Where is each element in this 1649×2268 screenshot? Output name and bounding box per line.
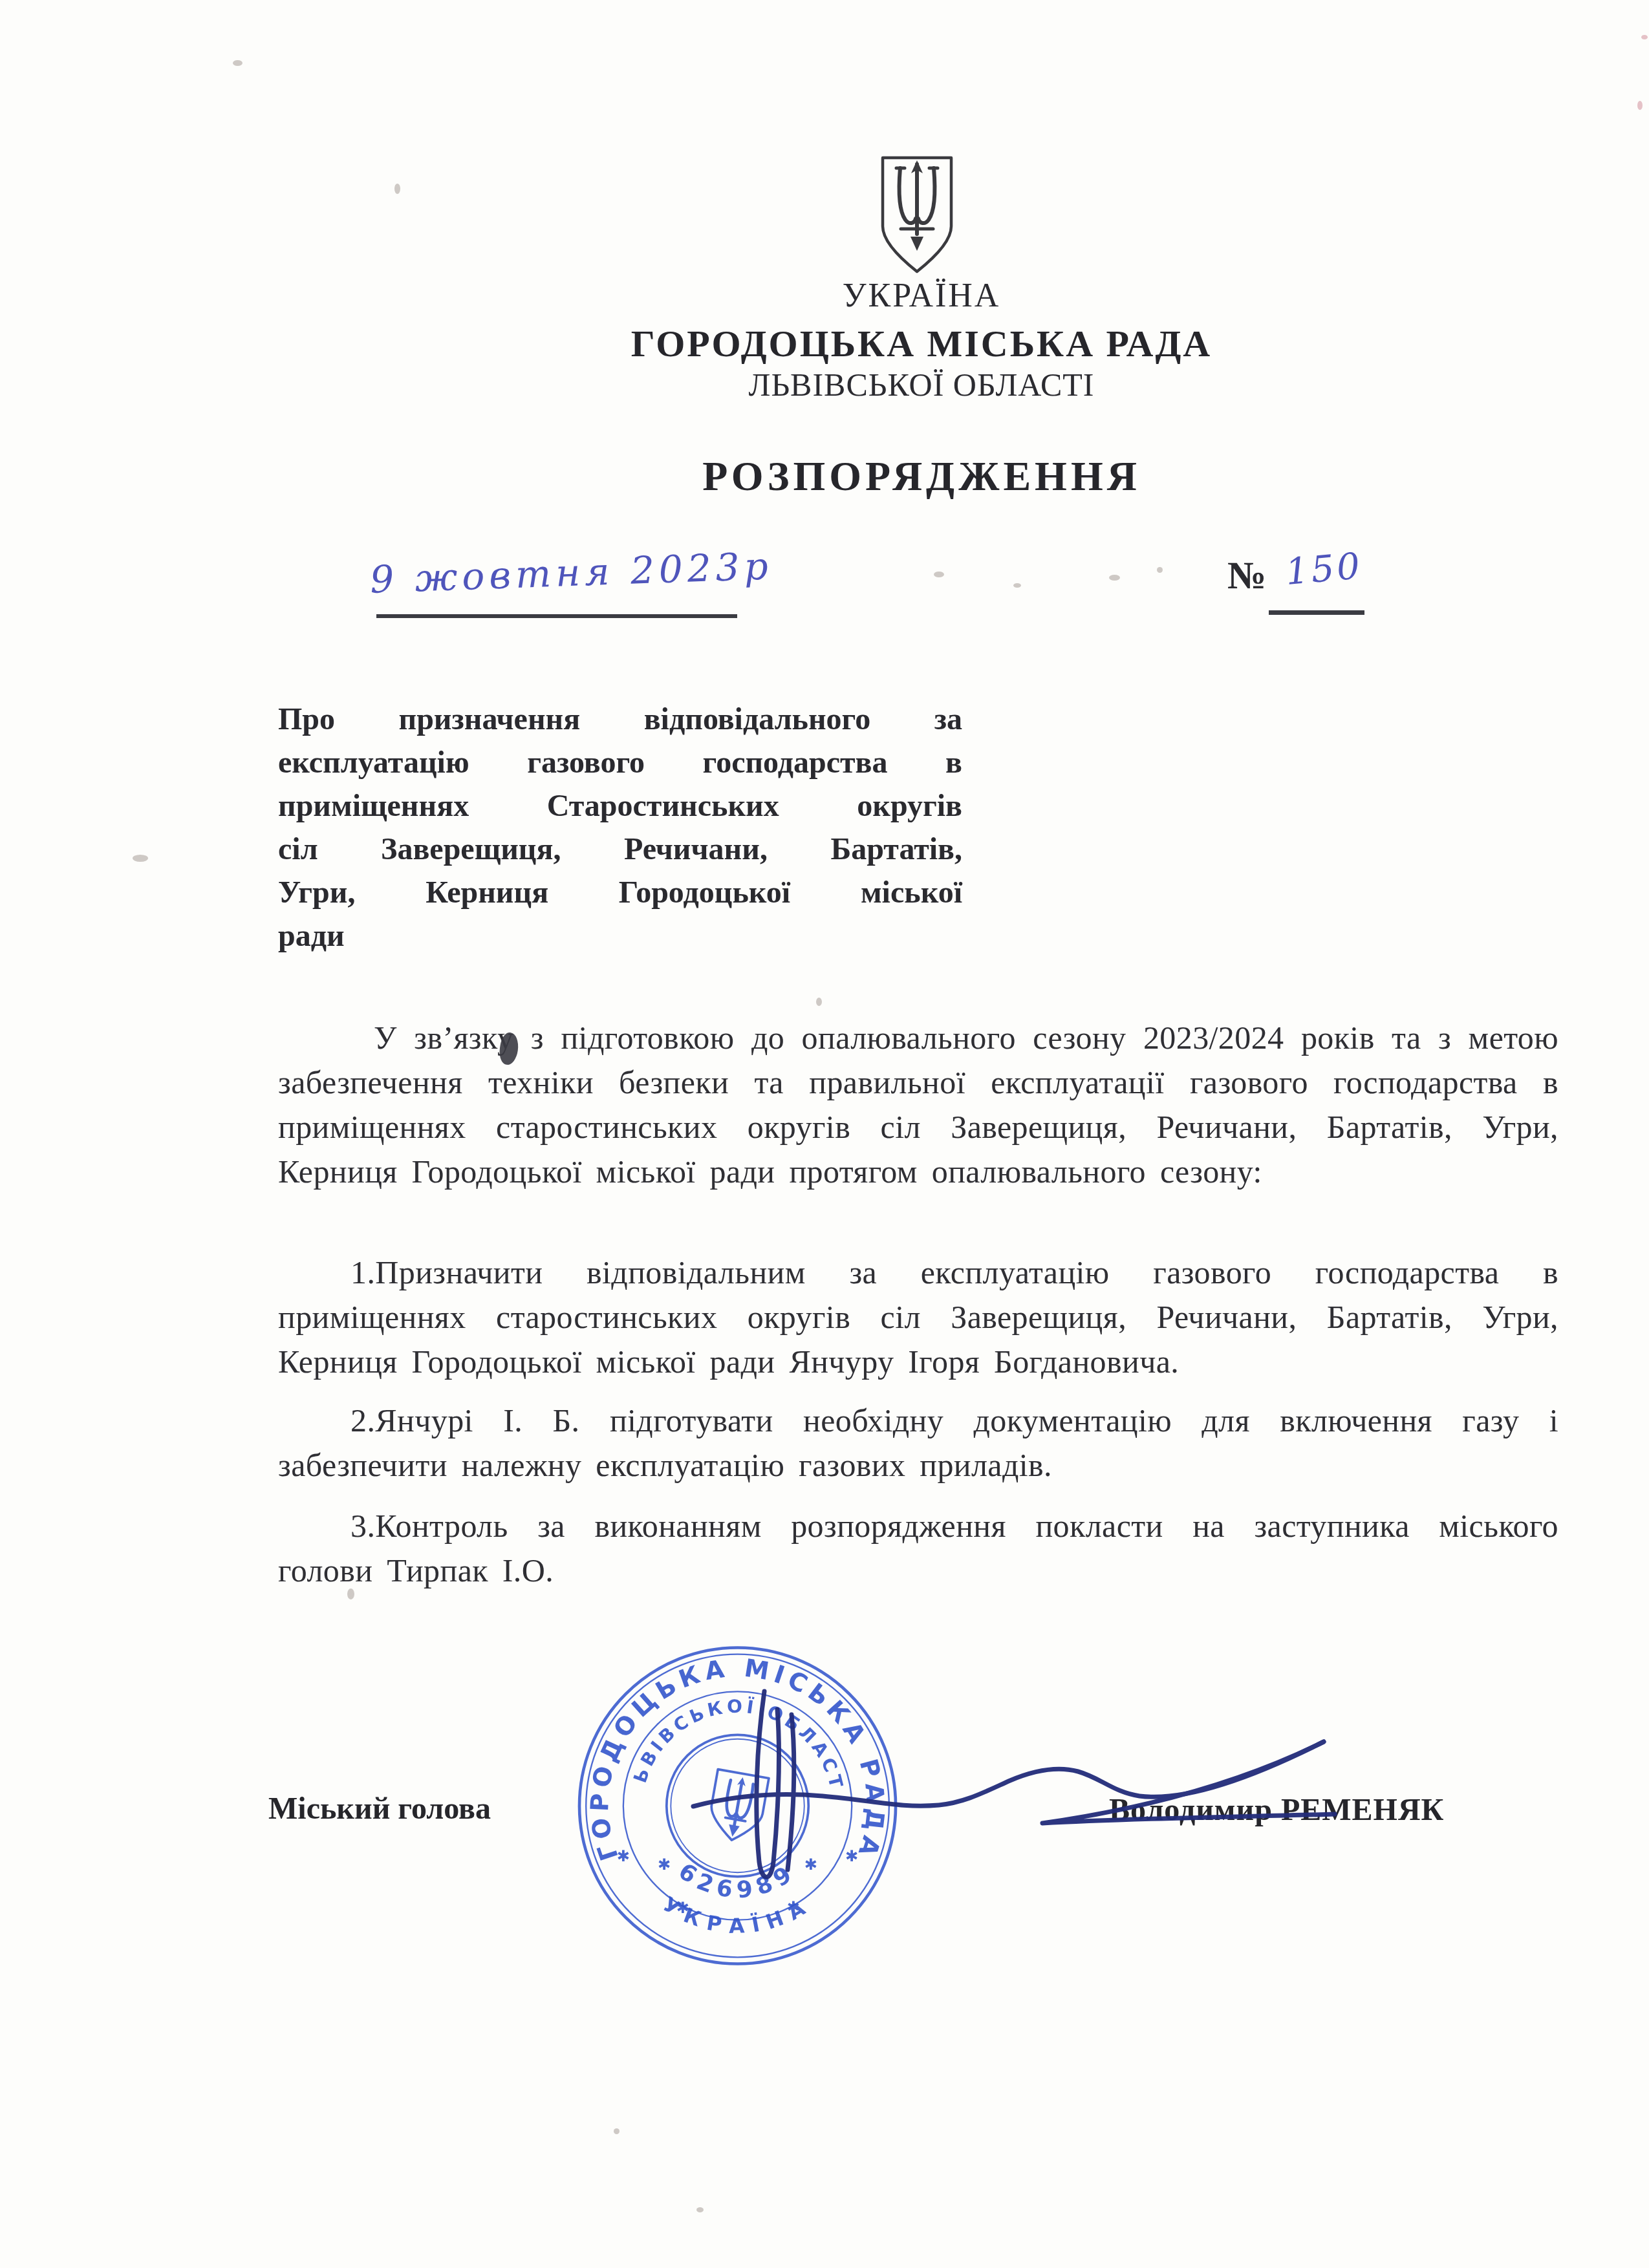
scan-artifact	[1637, 101, 1643, 110]
stamp-star-icon: ✱	[676, 1899, 689, 1917]
signer-position-title: Міський голова	[268, 1791, 491, 1826]
stamp-star-icon: ✱	[617, 1847, 630, 1865]
stamp-star-icon: ✱	[658, 1856, 671, 1874]
scan-artifact	[133, 855, 148, 862]
handwritten-date: 9 жовтня 2023р	[369, 544, 773, 602]
number-label: №	[1227, 553, 1266, 598]
scan-artifact	[1109, 575, 1120, 581]
handwritten-number: 150	[1284, 545, 1364, 594]
country-name: УКРАЇНА	[598, 277, 1245, 315]
scanned-decree-document: УКРАЇНА ГОРОДОЦЬКА МІСЬКА РАДА ЛЬВІВСЬКО…	[0, 0, 1649, 2268]
intro-paragraph: У зв’язку з підготовкою до опалювального…	[278, 1016, 1558, 1194]
subject-line: експлуатацію газового господарства в	[278, 741, 962, 784]
decree-item-3: 3.Контроль за виконанням розпорядження п…	[278, 1504, 1558, 1593]
subject-line: Про призначення відповідального за	[278, 698, 962, 741]
subject-block: Про призначення відповідального за експл…	[278, 698, 962, 957]
subject-line: ради	[278, 914, 962, 957]
scan-artifact	[696, 2207, 704, 2212]
document-type-title: РОЗПОРЯДЖЕННЯ	[501, 453, 1342, 500]
scan-artifact	[934, 572, 944, 577]
signature-stroke	[679, 1668, 1358, 1901]
scan-artifact	[233, 60, 242, 66]
scan-artifact	[347, 1589, 354, 1599]
subject-line: Угри, Керниця Городоцької міської	[278, 871, 962, 914]
scan-artifact	[394, 184, 400, 194]
subject-line: сіл Заверещиця, Речичани, Бартатів,	[278, 828, 962, 871]
scan-artifact	[816, 998, 822, 1006]
number-underline	[1269, 610, 1364, 615]
scan-artifact	[1013, 583, 1021, 588]
decree-item-2: 2.Янчурі І. Б. підготувати необхідну док…	[278, 1398, 1558, 1488]
scan-artifact	[614, 2128, 620, 2134]
council-name: ГОРОДОЦЬКА МІСЬКА РАДА	[501, 322, 1342, 365]
trident-emblem-icon	[874, 154, 960, 275]
region-name: ЛЬВІВСЬКОЇ ОБЛАСТІ	[598, 366, 1245, 403]
scan-artifact	[1641, 35, 1648, 39]
subject-line: приміщеннях Старостинських округів	[278, 784, 962, 828]
date-underline	[376, 614, 737, 618]
decree-item-1: 1.Призначити відповідальним за експлуата…	[278, 1250, 1558, 1384]
scan-artifact	[1157, 567, 1163, 573]
